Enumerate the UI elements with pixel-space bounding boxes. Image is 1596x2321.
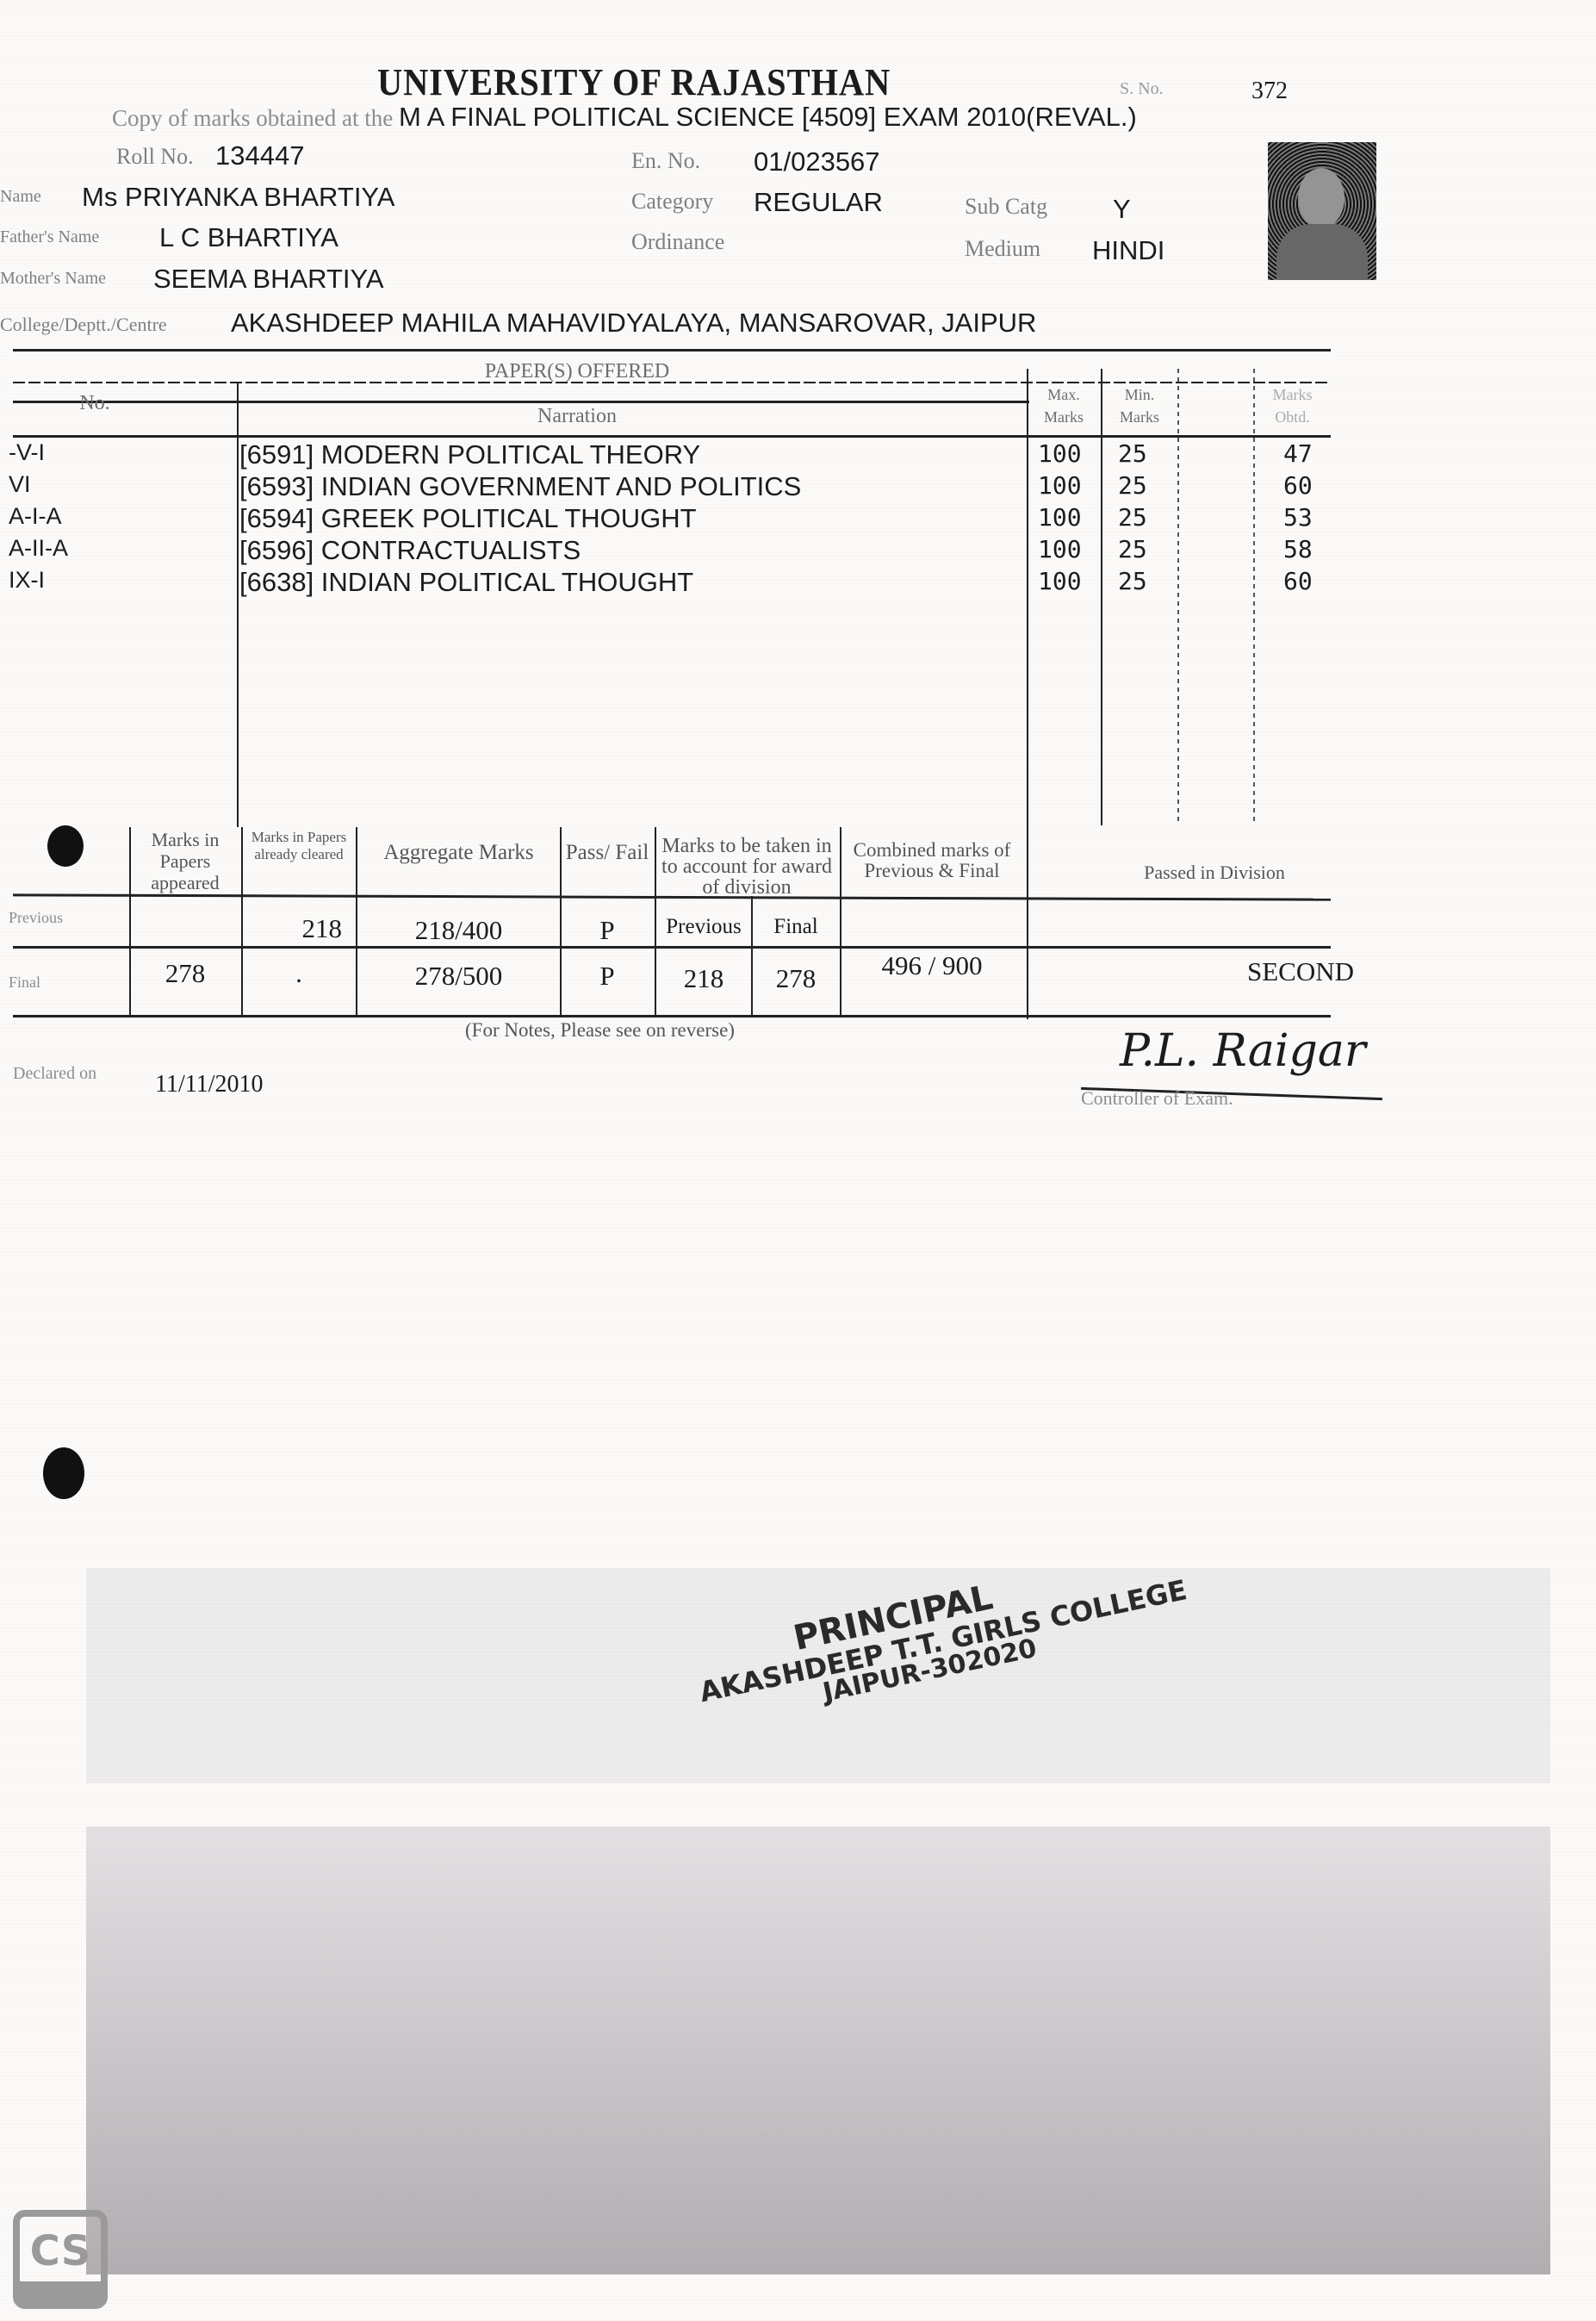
- paper-min-marks: 25: [1118, 439, 1147, 468]
- subheader-final: Final: [753, 915, 839, 939]
- paper-min-marks: 25: [1118, 503, 1147, 532]
- divider: [1101, 369, 1102, 825]
- exam-name: M A FINAL POLITICAL SCIENCE [4509] EXAM …: [399, 102, 1137, 132]
- previous-aggregate: 218/400: [357, 915, 560, 946]
- row-label-previous: Previous: [9, 909, 63, 927]
- final-result: P: [562, 961, 653, 992]
- divider: [13, 946, 1331, 949]
- previous-cleared: 218: [243, 913, 342, 944]
- mother-name: SEEMA BHARTIYA: [153, 264, 384, 295]
- paper-max-marks: 100: [1038, 471, 1082, 500]
- paper-number: VI: [9, 471, 31, 498]
- division-result: SECOND: [1206, 956, 1395, 987]
- copy-prefix: Copy of marks obtained at the: [112, 105, 393, 131]
- university-title: UNIVERSITY OF RAJASTHAN: [377, 60, 891, 104]
- medium-value: HINDI: [1092, 235, 1164, 266]
- paper-narration: [6591] MODERN POLITICAL THEORY: [239, 439, 700, 470]
- roll-label: Roll No.: [116, 144, 194, 170]
- signatory-label: Controller of Exam.: [1081, 1087, 1233, 1110]
- paper-narration: [6596] CONTRACTUALISTS: [239, 535, 581, 566]
- divider: [1177, 369, 1179, 825]
- paper-number: A-II-A: [9, 535, 68, 562]
- category-value: REGULAR: [754, 187, 883, 218]
- divider: [13, 349, 1331, 352]
- divider: [13, 401, 1029, 403]
- paper-obtained-marks: 60: [1283, 567, 1313, 595]
- sub-category-value: Y: [1113, 194, 1131, 225]
- header-papers-cleared: Marks in Papers already cleared: [243, 829, 355, 863]
- college-label: College/Deptt./Centre: [0, 314, 167, 336]
- divider: [1253, 369, 1255, 825]
- papers-offered-heading: PAPER(S) OFFERED: [448, 360, 706, 383]
- punch-hole: [43, 1447, 84, 1499]
- father-name: L C BHARTIYA: [159, 222, 338, 253]
- col-header-max-marks: Max. Marks: [1029, 383, 1098, 428]
- father-label: Father's Name: [0, 227, 99, 247]
- name-label: Name: [0, 187, 41, 207]
- header-papers-appeared: Marks in Papers appeared: [131, 829, 239, 893]
- paper-narration: [6638] INDIAN POLITICAL THOUGHT: [239, 567, 693, 598]
- divider: [13, 435, 1331, 438]
- header-combined: Combined marks of Previous & Final: [841, 840, 1022, 881]
- paper-max-marks: 100: [1038, 439, 1082, 468]
- paper-obtained-marks: 58: [1283, 535, 1313, 563]
- notes-text: (For Notes, Please see on reverse): [465, 1019, 735, 1042]
- sub-category-label: Sub Catg: [965, 194, 1047, 220]
- serial-label: S. No.: [1120, 79, 1164, 99]
- paper-min-marks: 25: [1118, 567, 1147, 595]
- paper-narration: [6594] GREEK POLITICAL THOUGHT: [239, 503, 697, 534]
- header-aggregate: Aggregate Marks: [357, 840, 560, 866]
- roll-number: 134447: [215, 140, 304, 171]
- medium-label: Medium: [965, 236, 1040, 262]
- combined-marks: 496 / 900: [841, 950, 1022, 981]
- paper-obtained-marks: 60: [1283, 471, 1313, 500]
- header-division: Passed in Division: [1120, 862, 1309, 883]
- logo-text: CS: [30, 2227, 91, 2275]
- divider: [751, 896, 753, 1015]
- division-previous-marks: 218: [656, 963, 751, 994]
- student-name: Ms PRIYANKA BHARTIYA: [82, 182, 394, 213]
- camscanner-logo-icon: CS: [13, 2210, 108, 2309]
- col-header-narration: Narration: [482, 405, 672, 428]
- paper-number: A-I-A: [9, 503, 62, 530]
- declared-date: 11/11/2010: [155, 1071, 263, 1098]
- previous-result: P: [562, 915, 653, 946]
- category-label: Category: [631, 189, 713, 215]
- divider: [13, 1015, 1331, 1017]
- paper-narration: [6593] INDIAN GOVERNMENT AND POLITICS: [239, 471, 801, 502]
- declared-label: Declared on: [13, 1064, 96, 1084]
- punch-hole: [47, 825, 84, 867]
- paper-min-marks: 25: [1118, 471, 1147, 500]
- college-name: AKASHDEEP MAHILA MAHAVIDYALAYA, MANSAROV…: [231, 308, 1036, 339]
- header-division-marks: Marks to be taken in to account for awar…: [656, 836, 837, 898]
- col-header-obtained: Marks Obtd.: [1256, 383, 1329, 428]
- paper-number: IX-I: [9, 567, 45, 594]
- scan-shade: [86, 1826, 1550, 2274]
- header-pass-fail: Pass/ Fail: [562, 840, 653, 866]
- paper-max-marks: 100: [1038, 503, 1082, 532]
- controller-signature: P.L. Raigar: [1120, 1025, 1366, 1077]
- mother-label: Mother's Name: [0, 269, 106, 289]
- col-header-min-marks: Min. Marks: [1104, 383, 1175, 428]
- subheader-previous: Previous: [656, 915, 751, 939]
- paper-max-marks: 100: [1038, 567, 1082, 595]
- final-cleared: .: [243, 958, 355, 989]
- student-photo: [1268, 142, 1376, 280]
- enrolment-number: 01/023567: [754, 146, 880, 177]
- final-appeared: 278: [131, 958, 239, 989]
- divider: [1027, 369, 1028, 1019]
- paper-obtained-marks: 53: [1283, 503, 1313, 532]
- final-aggregate: 278/500: [357, 961, 560, 992]
- division-final-marks: 278: [753, 963, 839, 994]
- serial-number: 372: [1251, 78, 1288, 105]
- row-label-final: Final: [9, 974, 40, 992]
- enrolment-label: En. No.: [631, 148, 700, 174]
- paper-min-marks: 25: [1118, 535, 1147, 563]
- copy-of-marks-line: Copy of marks obtained at the M A FINAL …: [112, 102, 1137, 133]
- paper-obtained-marks: 47: [1283, 439, 1313, 468]
- col-header-no: No.: [52, 392, 138, 415]
- paper-number: -V-I: [9, 439, 45, 466]
- paper-max-marks: 100: [1038, 535, 1082, 563]
- ordinance-label: Ordinance: [631, 229, 724, 255]
- divider: [237, 383, 239, 827]
